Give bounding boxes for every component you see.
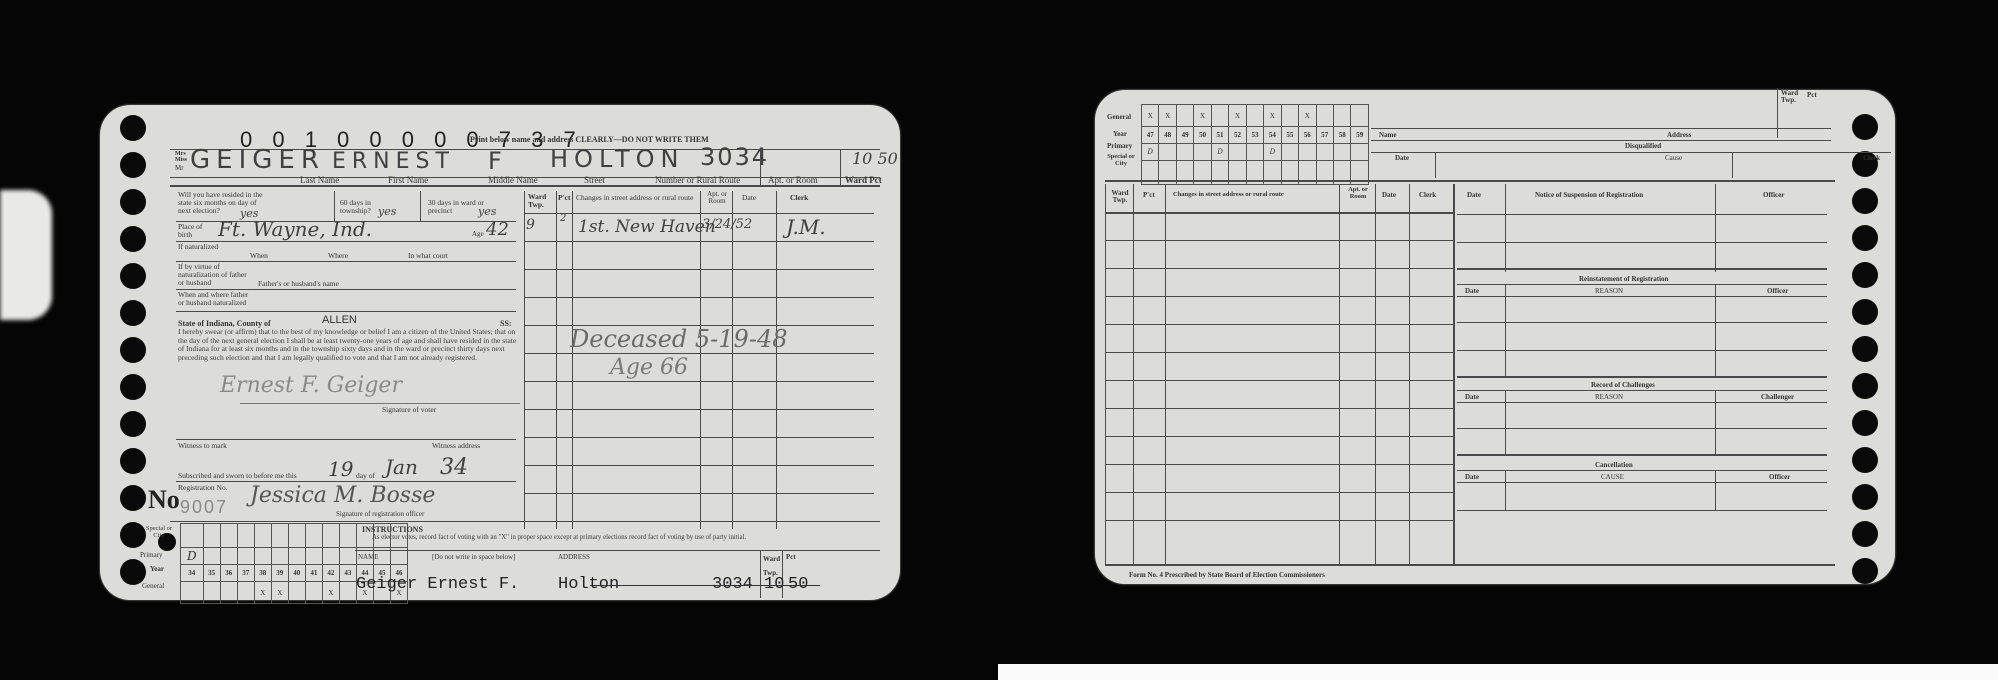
footer-pct-label: Pct xyxy=(786,552,796,562)
header-instruction: Print below name and address CLEARLY—DO … xyxy=(470,135,709,145)
changes-header-pct: P'ct xyxy=(558,193,571,203)
punch-hole xyxy=(1852,225,1878,251)
reinstatement-header-reason: REASON xyxy=(1595,286,1623,296)
grid-label-special: Special or City xyxy=(144,525,174,539)
apt-label: Apt. or Room xyxy=(768,175,818,185)
punch-hole xyxy=(1852,373,1878,399)
scan-artifact xyxy=(0,190,52,320)
oath-text: I hereby swear (or affirm) that to the b… xyxy=(178,328,518,362)
title-mr: Mr xyxy=(175,163,184,173)
disq-cause-label: Cause xyxy=(1665,153,1682,163)
r-changes-header-apt: Apt. or Room xyxy=(1343,186,1373,200)
disq-ward-label: Ward Twp. xyxy=(1781,90,1799,104)
registration-card-front: 0 0 1 0 0 0 0 0 7 3 7 Print below name a… xyxy=(100,105,900,600)
punch-hole xyxy=(1852,410,1878,436)
punch-hole xyxy=(1852,299,1878,325)
punch-hole xyxy=(120,300,146,326)
age-label: Age xyxy=(472,229,484,239)
changes-header-clerk: Clerk xyxy=(790,193,808,203)
disq-date-label: Date xyxy=(1395,153,1409,163)
registration-number: 9007 xyxy=(180,497,228,518)
change-row-address: 1st. New Haven xyxy=(578,217,716,237)
street-value: HOLTON xyxy=(550,145,685,173)
disq-name-label: Name xyxy=(1379,130,1397,140)
voting-history-grid-continued: XXXXXX 47484950515253545556575859 DDD xyxy=(1141,104,1369,185)
reinstatement-header-officer: Officer xyxy=(1767,286,1788,296)
number-label: Number or Rural Route xyxy=(655,175,740,185)
r-changes-header-date: Date xyxy=(1382,190,1396,200)
change-row-ward: 9 xyxy=(526,217,535,233)
punch-hole xyxy=(1852,336,1878,362)
middle-initial-value: F xyxy=(488,147,508,175)
cancellation-title: Cancellation xyxy=(1595,460,1633,470)
father-naturalization-label: If by virtue of naturalization of father… xyxy=(178,263,248,287)
father-name-label: Father's or husband's name xyxy=(258,279,339,289)
footer-address-label: ADDRESS xyxy=(558,552,590,562)
house-number-value: 3034 xyxy=(700,143,769,171)
disqualified-label: Disqualified xyxy=(1625,141,1661,151)
age-value: 42 xyxy=(486,219,509,240)
sworn-year: 34 xyxy=(440,455,468,480)
footer-name-label: NAME xyxy=(358,552,379,562)
punch-hole xyxy=(120,152,146,178)
punch-hole xyxy=(120,263,146,289)
first-name-value: ERNEST xyxy=(332,149,455,174)
punch-hole xyxy=(120,485,146,511)
changes-header-apt: Apt. or Room xyxy=(704,191,730,205)
county-value: ALLEN xyxy=(322,315,357,325)
ward-pct-value: 10 50 xyxy=(852,149,898,168)
punch-hole xyxy=(1852,521,1878,547)
change-row-date: 3/24/52 xyxy=(702,217,752,232)
reinstatement-title: Reinstatement of Registration xyxy=(1579,274,1668,284)
birth-label: Place of birth xyxy=(178,223,212,239)
punch-hole xyxy=(120,226,146,252)
naturalized-when: When xyxy=(250,251,268,261)
registration-card-back: General Year Primary Special or City XXX… xyxy=(1095,90,1895,584)
typed-name: Geiger Ernest F. xyxy=(356,575,519,594)
r-changes-header-clerk: Clerk xyxy=(1419,190,1436,200)
form-footer: Form No. 4 Prescribed by State Board of … xyxy=(1129,570,1325,580)
reinstatement-header-date: Date xyxy=(1465,286,1479,296)
challenges-title: Record of Challenges xyxy=(1591,380,1655,390)
father-naturalized-when: When and where father or husband natural… xyxy=(178,291,256,307)
r-changes-header-pct: P'ct xyxy=(1143,190,1155,200)
age-annotation: Age 66 xyxy=(610,355,688,380)
disq-address-label: Address xyxy=(1667,130,1691,140)
number-sign: No xyxy=(148,485,180,515)
officer-signature-label: Signature of registration officer xyxy=(336,509,424,519)
last-name-label: Last Name xyxy=(300,175,339,185)
rgrid-label-year: Year xyxy=(1113,129,1127,139)
voter-signature-label: Signature of voter xyxy=(382,405,436,415)
punch-hole xyxy=(1852,484,1878,510)
instructions-text: As elector votes, record fact of voting … xyxy=(372,534,792,542)
punch-hole xyxy=(120,411,146,437)
registration-label: Registration No. xyxy=(178,483,228,493)
rgrid-label-special: Special or City xyxy=(1105,153,1137,167)
challenges-header-date: Date xyxy=(1465,392,1479,402)
grid-label-primary: Primary xyxy=(140,550,163,560)
punch-hole xyxy=(120,374,146,400)
naturalized-court: In what court xyxy=(408,251,448,261)
punch-hole xyxy=(1852,114,1878,140)
sworn-day-label: day of xyxy=(356,471,375,481)
changes-header-date: Date xyxy=(742,193,756,203)
voter-signature: Ernest F. Geiger xyxy=(220,373,402,398)
punch-hole xyxy=(120,448,146,474)
cancellation-header-officer: Officer xyxy=(1769,472,1790,482)
cancellation-header-cause: CAUSE xyxy=(1601,472,1624,482)
a-ward-residence: yes xyxy=(478,205,496,218)
suspension-header-notice: Notice of Suspension of Registration xyxy=(1535,190,1643,200)
grid-label-general: General xyxy=(142,581,164,591)
disq-pct-label: Pct xyxy=(1807,90,1817,100)
a-township: yes xyxy=(378,205,396,218)
punch-hole xyxy=(1852,262,1878,288)
changes-header-ward: Ward Twp. xyxy=(528,193,554,209)
naturalized-where: Where xyxy=(328,251,348,261)
punch-hole xyxy=(120,522,146,548)
street-label: Street xyxy=(584,175,605,185)
sworn-label: Subscribed and sworn to before me this xyxy=(178,471,297,481)
rgrid-label-general: General xyxy=(1107,112,1131,122)
change-row-pct: 2 xyxy=(560,213,566,224)
r-changes-header-ward: Ward Twp. xyxy=(1108,190,1132,204)
punch-hole xyxy=(1852,447,1878,473)
suspension-header-date: Date xyxy=(1467,190,1481,200)
suspension-header-officer: Officer xyxy=(1763,190,1784,200)
first-name-label: First Name xyxy=(388,175,428,185)
rgrid-label-primary: Primary xyxy=(1107,141,1132,151)
r-changes-header-address: Changes in street address or rural route xyxy=(1173,190,1284,200)
challenges-header-reason: REASON xyxy=(1595,392,1623,402)
ward-pct-label: Ward Pct xyxy=(845,175,882,185)
punch-hole xyxy=(1852,558,1878,584)
punch-hole xyxy=(120,337,146,363)
witness-mark-label: Witness to mark xyxy=(178,441,227,451)
disq-clerk-label: Clerk xyxy=(1863,153,1880,163)
naturalized-label: If naturalized xyxy=(178,243,220,251)
punch-hole xyxy=(1852,188,1878,214)
birth-place-value: Ft. Wayne, Ind. xyxy=(218,217,372,241)
changes-header-address: Changes in street address or rural route xyxy=(576,193,693,203)
sworn-month: Jan xyxy=(385,455,418,479)
punch-hole xyxy=(120,189,146,215)
last-name-value: GEIGER xyxy=(190,145,325,175)
change-row-clerk: J.M. xyxy=(786,215,826,239)
sworn-day: 19 xyxy=(328,457,353,481)
challenges-header-challenger: Challenger xyxy=(1761,392,1794,402)
middle-name-label: Middle Name xyxy=(488,175,538,185)
witness-address-label: Witness address xyxy=(432,441,480,451)
scan-margin xyxy=(998,664,1998,680)
grid-label-year: Year xyxy=(150,564,164,574)
footer-do-not-write: [Do not write in space below] xyxy=(432,552,515,562)
deceased-annotation: Deceased 5-19-48 xyxy=(570,325,787,353)
punch-hole xyxy=(120,115,146,141)
cancellation-header-date: Date xyxy=(1465,472,1479,482)
officer-signature: Jessica M. Bosse xyxy=(250,483,435,508)
